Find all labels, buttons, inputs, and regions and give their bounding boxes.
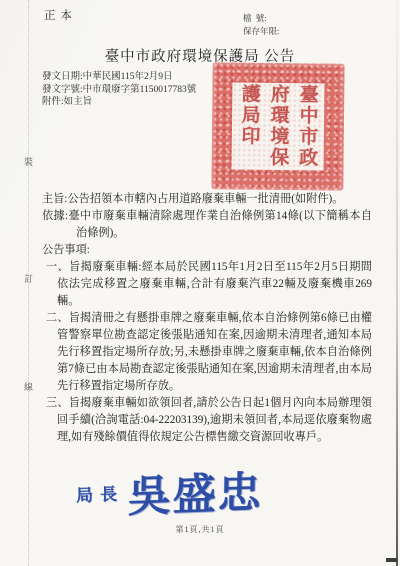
document-number: 發文字號:中市環廢字第1150017783號 [42,84,196,97]
announcement-item-2: 二、旨揭清冊之有懸掛車牌之廢棄車輛,依本自治條例第6條已由權管警察單位勘查認定後… [42,310,372,395]
retention-period-label: 保存年限: [243,25,279,38]
basis-text: 臺中市廢棄車輛清除處理作業自治條例第14條(以下簡稱本自治條例)。 [68,210,372,239]
announcement-item-1: 一、旨揭廢棄車輛:經本局於民國115年1月2日至115年2月5日期間依法完成移置… [42,259,372,310]
item-1-number: 一、 [46,261,69,273]
document-meta: 發文日期:中華民國115年2月9日 發文字號:中市環廢字第1150017783號… [42,71,196,109]
subject-label: 主旨: [42,193,67,205]
agency-seal-text: 臺中市政府環境保護局印 [234,83,322,170]
file-info-block: 檔 號: 保存年限: [243,12,279,38]
item-3-text: 旨揭廢棄車輛如欲領回者,請於公告日起1個月內向本局辦理領回手續(洽詢電話:04-… [57,397,372,443]
items-heading: 公告事項: [42,242,372,259]
copy-type-label: 正 本 [44,7,73,23]
binding-mark-ding: 訂 [22,272,35,285]
file-number-label: 檔 號: [243,12,279,25]
issue-date: 發文日期:中華民國115年2月9日 [42,71,196,84]
scan-corner-mark [386,558,397,562]
binding-mark-xian: 線 [22,380,35,393]
subject-line: 主旨:公告招領本市轄內占用道路廢棄車輛一批清冊(如附件)。 [42,191,372,208]
item-3-number: 三、 [46,397,69,409]
announcement-item-3: 三、旨揭廢棄車輛如欲領回者,請於公告日起1個月內向本局辦理領回手續(洽詢電話:0… [42,395,372,446]
item-1-text: 旨揭廢棄車輛:經本局於民國115年1月2日至115年2月5日期間依法完成移置之廢… [57,261,372,307]
subject-text: 公告招領本市轄內占用道路廢棄車輛一批清冊(如附件)。 [67,193,343,205]
director-signature-stamp: 局長 吳盛忠 [75,459,264,526]
item-2-text: 旨揭清冊之有懸掛車牌之廢棄車輛,依本自治條例第6條已由權管警察單位勘查認定後張貼… [57,312,372,392]
agency-seal-inner: 臺中市政府環境保護局印 [232,83,325,171]
scan-edge-shadow [396,0,398,566]
page-number: 第1頁,共1頁 [0,524,400,535]
basis-label: 依據: [42,210,68,222]
attachment-note: 附件:如主旨 [42,96,196,109]
basis-line: 依據:臺中市廢棄車輛清除處理作業自治條例第14條(以下簡稱本自治條例)。 [42,208,372,242]
announcement-body: 主旨:公告招領本市轄內占用道路廢棄車輛一批清冊(如附件)。 依據:臺中市廢棄車輛… [42,191,372,446]
binding-mark-zhuang: 裝 [22,155,35,168]
director-name: 吳盛忠 [127,459,263,525]
official-announcement-document: 裝 訂 線 正 本 檔 號: 保存年限: 臺中市政府環境保護局 公告 發文日期:… [0,0,400,566]
director-title: 局長 [76,480,125,507]
item-2-number: 二、 [46,312,69,324]
agency-red-seal: 臺中市政府環境保護局印 [211,62,344,190]
